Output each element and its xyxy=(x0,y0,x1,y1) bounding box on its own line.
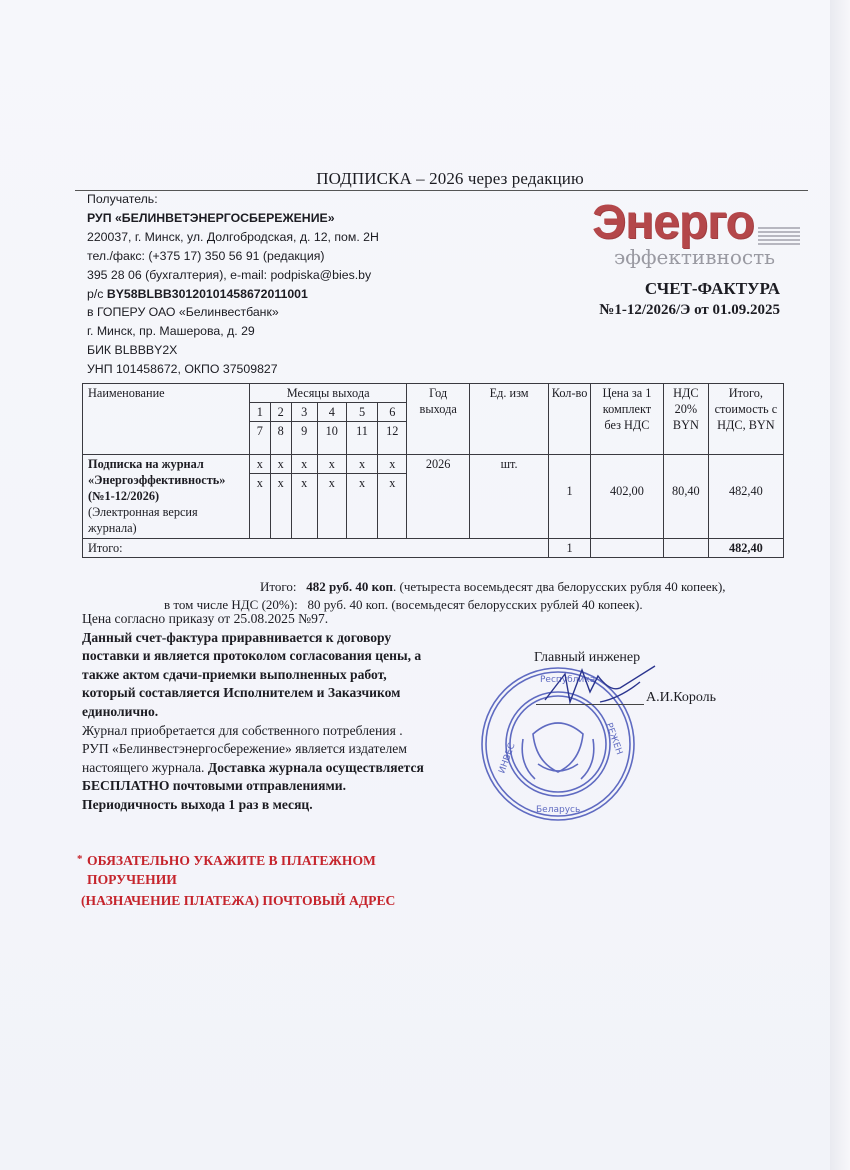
signature-line xyxy=(536,704,644,705)
recipient-unp-okpo: УНП 101458672, ОКПО 37509827 xyxy=(87,360,379,379)
recipient-bank-address: г. Минск, пр. Машерова, д. 29 xyxy=(87,322,379,341)
month-header: 7 xyxy=(249,422,270,455)
table-footer-row: Итого: 1 482,40 xyxy=(83,539,784,558)
month-mark: x xyxy=(270,455,291,474)
recipient-phone-email: 395 28 06 (бухгалтерия), e-mail: podpisk… xyxy=(87,266,379,285)
table-header-row: Наименование Месяцы выхода Год выхода Ед… xyxy=(83,384,784,403)
month-mark: x xyxy=(291,455,317,474)
item-name: Подписка на журнал «Энергоэффективность»… xyxy=(88,456,247,504)
item-year: 2026 xyxy=(407,455,470,539)
header-unit: Ед. изм xyxy=(469,384,548,455)
month-header: 4 xyxy=(317,403,346,422)
svg-text:Беларусь: Беларусь xyxy=(536,805,580,815)
header-vat: НДС 20% BYN xyxy=(663,384,708,455)
scan-edge xyxy=(830,0,850,1170)
own-use-note: Журнал приобретается для собственного по… xyxy=(82,722,437,741)
month-header: 6 xyxy=(378,403,407,422)
month-mark: x xyxy=(270,474,291,539)
notes-block: Цена согласно приказу от 25.08.2025 №97.… xyxy=(82,610,437,815)
grand-total-line: Итого: 482 руб. 40 коп. (четыреста восем… xyxy=(150,578,800,596)
grand-total-amount: 482 руб. 40 коп xyxy=(306,579,393,594)
month-mark: x xyxy=(346,455,377,474)
account-number: BY58BLBB30120101458672011001 xyxy=(107,287,308,301)
recipient-block: Получатель: РУП «БЕЛИНВЕТЭНЕРГОСБЕРЕЖЕНИ… xyxy=(87,190,379,379)
signature-icon xyxy=(540,662,660,722)
item-note: (Электронная версия журнала) xyxy=(88,504,247,536)
month-header: 5 xyxy=(346,403,377,422)
item-name-cell: Подписка на журнал «Энергоэффективность»… xyxy=(83,455,250,539)
month-mark: x xyxy=(317,455,346,474)
month-mark: x xyxy=(378,455,407,474)
header-name: Наименование xyxy=(83,384,250,455)
header-price: Цена за 1 комплект без НДС xyxy=(590,384,663,455)
table-row: Подписка на журнал «Энергоэффективность»… xyxy=(83,455,784,474)
payment-warning-line-2: (НАЗНАЧЕНИЕ ПЛАТЕЖА) ПОЧТОВЫЙ АДРЕС xyxy=(77,892,457,911)
recipient-label: Получатель: xyxy=(87,190,379,209)
footer-total: 482,40 xyxy=(708,539,783,558)
month-mark: x xyxy=(249,474,270,539)
month-header: 9 xyxy=(291,422,317,455)
logo-fine-print xyxy=(758,225,800,247)
logo-text-main: Энерго xyxy=(592,195,754,250)
footer-vat xyxy=(663,539,708,558)
footer-qty: 1 xyxy=(549,539,591,558)
month-header: 12 xyxy=(378,422,407,455)
recipient-address: 220037, г. Минск, ул. Долгобродская, д. … xyxy=(87,228,379,247)
document-title: ПОДПИСКА – 2026 через редакцию xyxy=(0,169,850,189)
month-header: 3 xyxy=(291,403,317,422)
header-total: Итого, стоимость с НДС, BYN xyxy=(708,384,783,455)
recipient-phone: тел./факс: (+375 17) 350 56 91 (редакция… xyxy=(87,247,379,266)
month-mark: x xyxy=(346,474,377,539)
item-price: 402,00 xyxy=(590,455,663,539)
header-months: Месяцы выхода xyxy=(249,384,406,403)
energy-efficiency-logo-icon: Энерго эффективность xyxy=(590,203,805,269)
invoice-number: №1-12/2026/Э от 01.09.2025 xyxy=(540,302,780,319)
account-prefix: р/с xyxy=(87,287,107,301)
header-year: Год выхода xyxy=(407,384,470,455)
item-unit: шт. xyxy=(469,455,548,539)
month-header: 11 xyxy=(346,422,377,455)
recipient-bank: в ГОПЕРУ ОАО «Белинвестбанк» xyxy=(87,303,379,322)
contract-clause: Данный счет-фактура приравнивается к дог… xyxy=(82,629,437,722)
grand-total-block: Итого: 482 руб. 40 коп. (четыреста восем… xyxy=(150,578,800,614)
invoice-title: СЧЕТ-ФАКТУРА xyxy=(560,279,820,299)
grand-total-words: . (четыреста восемьдесят два белорусских… xyxy=(393,579,726,594)
item-qty: 1 xyxy=(549,455,591,539)
logo-text-sub: эффективность xyxy=(614,245,775,269)
footer-label: Итого: xyxy=(83,539,549,558)
item-total: 482,40 xyxy=(708,455,783,539)
header-qty: Кол-во xyxy=(549,384,591,455)
month-mark: x xyxy=(317,474,346,539)
recipient-name: РУП «БЕЛИНВЕТЭНЕРГОСБЕРЕЖЕНИЕ» xyxy=(87,209,379,228)
month-mark: x xyxy=(378,474,407,539)
month-mark: x xyxy=(291,474,317,539)
month-mark: x xyxy=(249,455,270,474)
month-header: 1 xyxy=(249,403,270,422)
payment-warning-line-1: ОБЯЗАТЕЛЬНО УКАЖИТЕ В ПЛАТЕЖНОМ ПОРУЧЕНИ… xyxy=(77,852,457,889)
invoice-page: ПОДПИСКА – 2026 через редакцию Получател… xyxy=(0,0,831,1170)
svg-text:ИНВЕС: ИНВЕС xyxy=(497,742,517,775)
footer-price xyxy=(590,539,663,558)
recipient-bik: БИК BLBBBY2X xyxy=(87,341,379,360)
month-header: 2 xyxy=(270,403,291,422)
publisher-delivery-note: РУП «Белинвестэнергосбережение» является… xyxy=(82,740,437,814)
signer-name: А.И.Король xyxy=(646,690,716,706)
payment-warning: * ОБЯЗАТЕЛЬНО УКАЖИТЕ В ПЛАТЕЖНОМ ПОРУЧЕ… xyxy=(77,852,457,911)
month-header: 8 xyxy=(270,422,291,455)
price-order-note: Цена согласно приказу от 25.08.2025 №97. xyxy=(82,610,437,629)
month-header: 10 xyxy=(317,422,346,455)
recipient-account: р/с BY58BLBB30120101458672011001 xyxy=(87,285,379,304)
grand-total-label: Итого: xyxy=(260,579,297,594)
invoice-table: Наименование Месяцы выхода Год выхода Ед… xyxy=(82,383,784,558)
item-vat: 80,40 xyxy=(663,455,708,539)
asterisk-icon: * xyxy=(77,850,83,869)
